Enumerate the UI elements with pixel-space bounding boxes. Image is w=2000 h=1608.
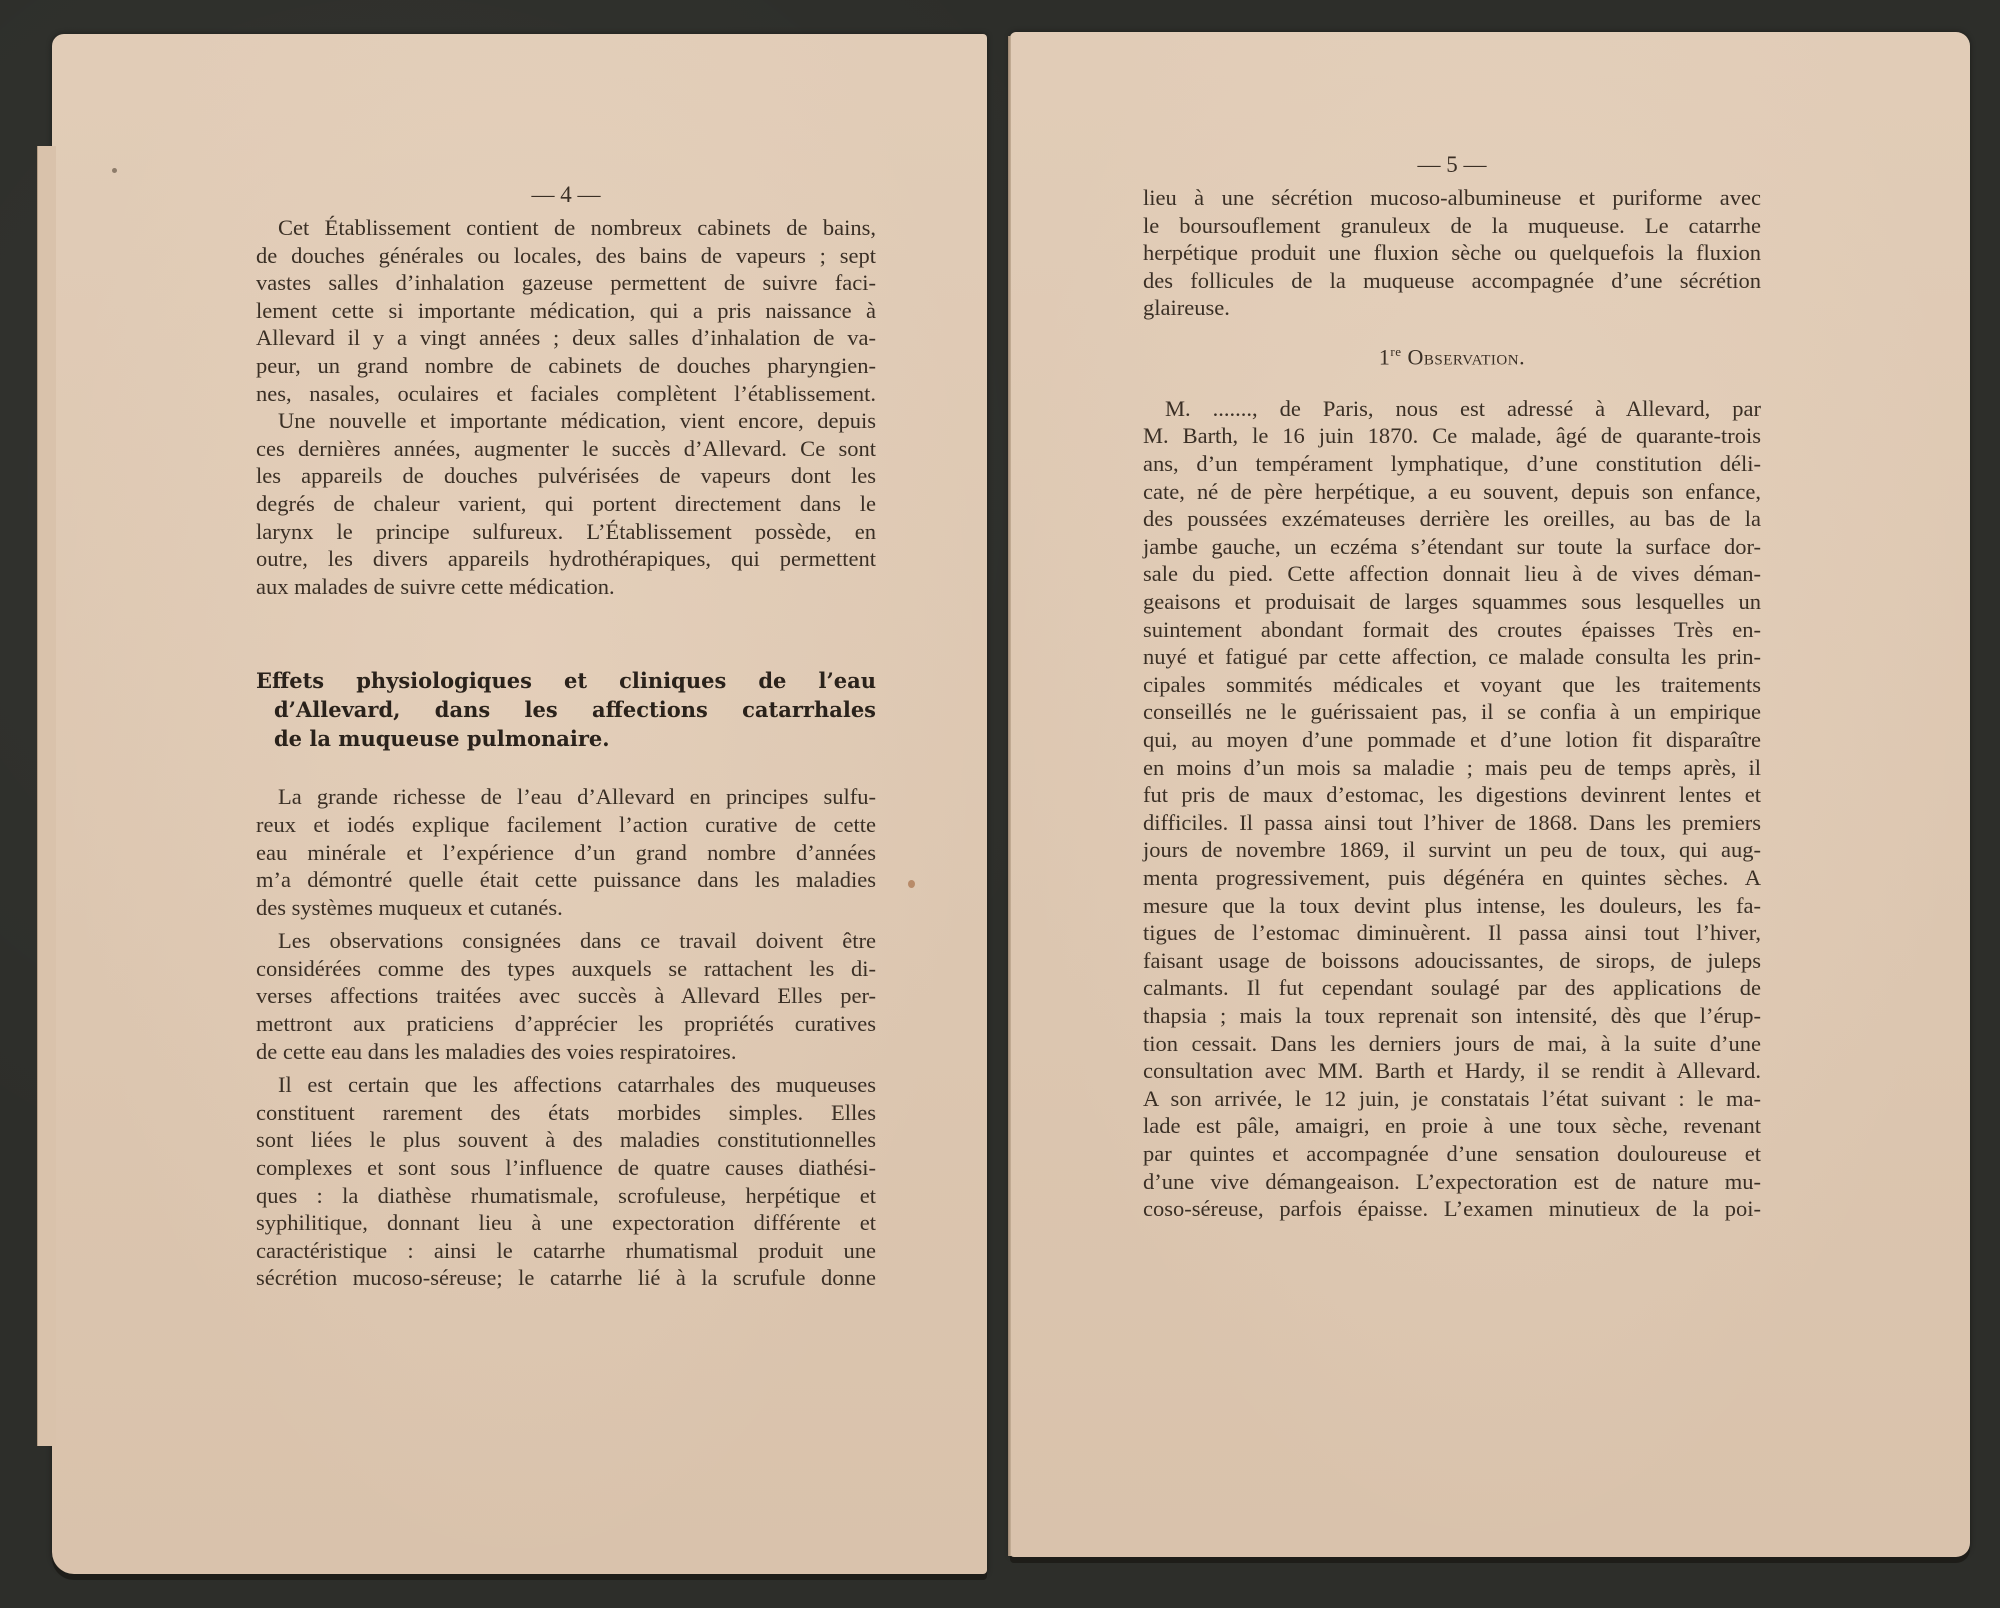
text-line: eau minérale et l’expérience d’un grand … (256, 839, 876, 867)
heading-line: Effets physiologiques et cliniques de l’… (256, 666, 876, 695)
text-line: coso-séreuse, parfois épaisse. L’examen … (1143, 1195, 1761, 1223)
text-line: herpétique produit une fluxion sèche ou … (1143, 239, 1761, 267)
paragraph-establishment: Cet Établissement contient de nombreux c… (256, 214, 876, 407)
text-line: les appareils de douches pulvérisées de … (256, 462, 876, 490)
text-line: Les observations consignées dans ce trav… (256, 927, 876, 955)
text-line: des follicules de la muqueuse accompagné… (1143, 267, 1761, 295)
text-line: syphilitique, donnant lieu à une expecto… (256, 1209, 876, 1237)
text-line: verses affections traitées avec succès à… (256, 982, 876, 1010)
text-line: sont liées le plus souvent à des maladie… (256, 1126, 876, 1154)
text-line: Une nouvelle et importante médication, v… (256, 407, 876, 435)
paragraph-continuation: lieu à une sécrétion mucoso-albumineuse … (1143, 184, 1761, 322)
text-line: cate, né de père herpétique, a eu souven… (1143, 478, 1761, 506)
text-line: tion cessait. Dans les derniers jours de… (1143, 1030, 1761, 1058)
text-line: Allevard il y a vingt années ; deux sall… (256, 324, 876, 352)
text-line: larynx le principe sulfureux. L’Établiss… (256, 518, 876, 546)
text-line: menta progressivement, puis dégénéra en … (1143, 864, 1761, 892)
text-line: ces dernières années, augmenter le succè… (256, 435, 876, 463)
text-line: en moins d’un mois sa maladie ; mais peu… (1143, 754, 1761, 782)
text-line: difficiles. Il passa ainsi tout l’hiver … (1143, 809, 1761, 837)
text-line: de douches générales ou locales, des bai… (256, 242, 876, 270)
text-line: considérées comme des types auxquels se … (256, 955, 876, 983)
text-line: de cette eau dans les maladies des voies… (256, 1038, 876, 1066)
text-line: thapsia ; mais la toux reprenait son int… (1143, 1002, 1761, 1030)
text-line: degrés de chaleur varient, qui portent d… (256, 490, 876, 518)
page-number-5: — 5 — (1143, 150, 1761, 180)
text-line: sécrétion mucoso-séreuse; le catarrhe li… (256, 1264, 876, 1292)
text-line: d’une vive démangeaison. L’expectoration… (1143, 1168, 1761, 1196)
text-line: consultation avec MM. Barth et Hardy, il… (1143, 1057, 1761, 1085)
text-line: tigues de l’estomac diminuèrent. Il pass… (1143, 919, 1761, 947)
text-line: complexes et sont sous l’influence de qu… (256, 1154, 876, 1182)
text-line: jours de novembre 1869, il survint un pe… (1143, 836, 1761, 864)
text-line: outre, les divers appareils hydrothérapi… (256, 545, 876, 573)
text-line: par quintes et accompagnée d’une sensati… (1143, 1140, 1761, 1168)
text-line: constituent rarement des états morbides … (256, 1099, 876, 1127)
left-page-text: — 4 — Cet Établissement contient de nomb… (256, 180, 876, 1292)
text-line: sale du pied. Cette affection donnait li… (1143, 560, 1761, 588)
text-line: ans, d’un tempérament lymphatique, d’une… (1143, 450, 1761, 478)
text-line: reux et iodés explique facilement l’acti… (256, 811, 876, 839)
observation-title: 1re Observation. (1143, 338, 1761, 371)
paper-speck (112, 168, 117, 173)
paragraph-catarrh: Il est certain que les affections catarr… (256, 1071, 876, 1292)
section-heading: Effets physiologiques et cliniques de l’… (256, 666, 876, 753)
text-line: lieu à une sécrétion mucoso-albumineuse … (1143, 184, 1761, 212)
text-line: des systèmes muqueux et cutanés. (256, 894, 876, 922)
text-line: mettront aux praticiens d’apprécier les … (256, 1010, 876, 1038)
paragraph-new-medication: Une nouvelle et importante médication, v… (256, 407, 876, 600)
text-line: Cet Établissement contient de nombreux c… (256, 214, 876, 242)
text-line: calmants. Il fut cependant soulagé par d… (1143, 974, 1761, 1002)
text-line: lade est pâle, amaigri, en proie à une t… (1143, 1112, 1761, 1140)
text-line: vastes salles d’inhalation gazeuse perme… (256, 269, 876, 297)
paragraph-observation-1: M. ......., de Paris, nous est adressé à… (1143, 395, 1761, 1223)
text-line: aux malades de suivre cette médication. (256, 573, 876, 601)
text-line: faisant usage de boissons adoucissantes,… (1143, 947, 1761, 975)
text-line: peur, un grand nombre de cabinets de dou… (256, 352, 876, 380)
text-line: A son arrivée, le 12 juin, je constatais… (1143, 1085, 1761, 1113)
text-line: lement cette si importante médication, q… (256, 297, 876, 325)
text-line: suintement abondant formait des croutes … (1143, 616, 1761, 644)
text-line: m’a démontré quelle était cette puissanc… (256, 866, 876, 894)
text-line: le boursouflement granuleux de la muqueu… (1143, 212, 1761, 240)
text-line: Il est certain que les affections catarr… (256, 1071, 876, 1099)
page-number-4: — 4 — (256, 180, 876, 210)
right-page-text: — 5 — lieu à une sécrétion mucoso-albumi… (1143, 150, 1761, 1223)
text-line: nuyé et fatigué par cette affection, ce … (1143, 643, 1761, 671)
paragraph-observations: Les observations consignées dans ce trav… (256, 927, 876, 1065)
paper-stain (908, 880, 915, 888)
heading-line: de la muqueuse pulmonaire. (256, 724, 876, 753)
text-line: qui, au moyen d’une pommade et d’une lot… (1143, 726, 1761, 754)
text-line: M. ......., de Paris, nous est adressé à… (1143, 395, 1761, 423)
text-line: caractéristique : ainsi le catarrhe rhum… (256, 1237, 876, 1265)
text-line: nes, nasales, oculaires et faciales comp… (256, 380, 876, 408)
text-line: jambe gauche, un eczéma s’étendant sur t… (1143, 533, 1761, 561)
text-line: La grande richesse de l’eau d’Allevard e… (256, 783, 876, 811)
book-gutter (1008, 36, 1011, 1556)
text-line: des poussées exzémateuses derrière les o… (1143, 505, 1761, 533)
text-line: geaisons et produisait de larges squamme… (1143, 588, 1761, 616)
text-line: mesure que la toux devint plus intense, … (1143, 892, 1761, 920)
text-line: ques : la diathèse rhumatismale, scroful… (256, 1182, 876, 1210)
text-line: fut pris de maux d’estomac, les digestio… (1143, 781, 1761, 809)
heading-line: d’Allevard, dans les affections catarrha… (256, 695, 876, 724)
text-line: glaireuse. (1143, 294, 1761, 322)
observation-number: 1 (1379, 344, 1391, 369)
text-line: M. Barth, le 16 juin 1870. Ce malade, âg… (1143, 422, 1761, 450)
observation-label: Observation. (1408, 344, 1526, 369)
paragraph-richness: La grande richesse de l’eau d’Allevard e… (256, 783, 876, 921)
text-line: conseillés ne le guérissaient pas, il se… (1143, 698, 1761, 726)
text-line: cipales sommités médicales et voyant que… (1143, 671, 1761, 699)
observation-ordinal: re (1390, 344, 1401, 359)
